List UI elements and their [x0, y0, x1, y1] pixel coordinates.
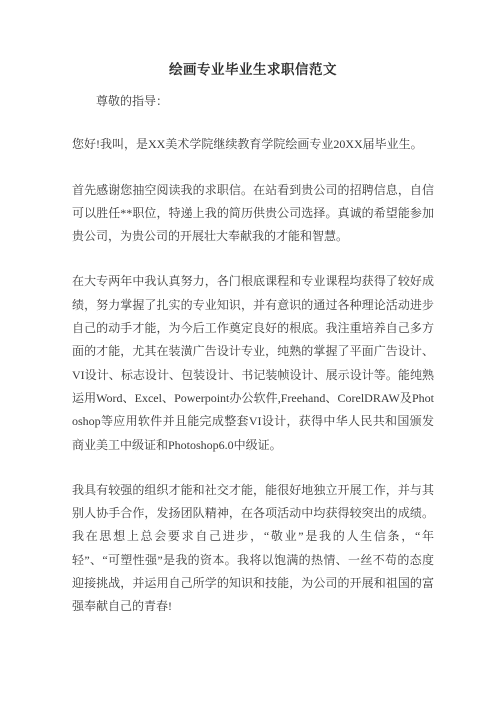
salutation-line: 尊敬的指导：: [72, 90, 434, 113]
page-title: 绘画专业毕业生求职信范文: [72, 59, 434, 80]
body-paragraph-skills: 在大专两年中我认真努力，各门根底课程和专业课程均获得了较好成绩，努力掌握了扎实的…: [72, 270, 434, 456]
body-paragraph-thanks: 首先感谢您抽空阅读我的求职信。在站看到贵公司的招聘信息，自信可以胜任**职位，特…: [72, 179, 434, 249]
document-page: 绘画专业毕业生求职信范文 尊敬的指导： 您好!我叫，是XX美术学院继续教育学院绘…: [0, 0, 500, 707]
body-paragraph-intro: 您好!我叫，是XX美术学院继续教育学院绘画专业20XX届毕业生。: [72, 133, 434, 156]
body-paragraph-closing: 我具有较强的组织才能和社交才能，能很好地独立开展工作，并与其别人协手合作，发扬团…: [72, 479, 434, 619]
